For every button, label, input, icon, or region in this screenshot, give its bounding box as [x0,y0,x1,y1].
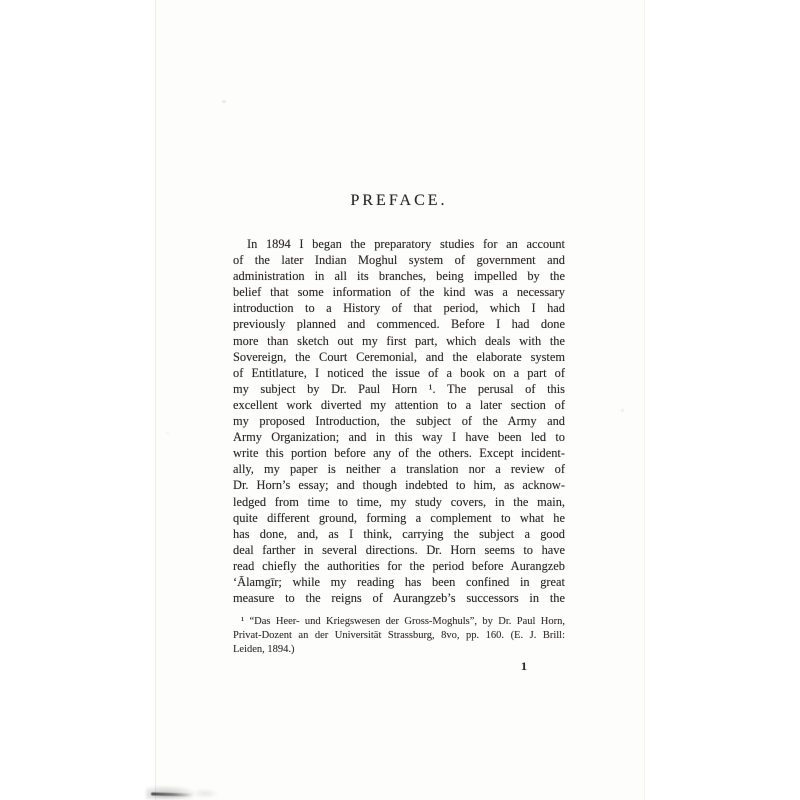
text-line: In 1894 I began the preparatory studies … [233,236,565,252]
page-number: 1 [521,659,537,674]
scan-speck-artifact [222,100,226,103]
book-page: PREFACE. In 1894 I began the preparatory… [155,0,645,800]
scan-smudge-artifact [193,789,217,798]
text-line: excellent work diverted my attention to … [233,397,565,413]
footnote-line: ¹ “Das Heer- und Kriegswesen der Gross-M… [233,615,565,629]
text-line: quite different ground, forming a comple… [233,510,565,526]
scan-speck-artifact [166,432,169,434]
text-line: Dr. Horn’s essay; and though indebted to… [233,477,565,493]
footnote: ¹ “Das Heer- und Kriegswesen der Gross-M… [233,615,565,657]
text-line: Army Organization; and in this way I hav… [233,429,565,445]
text-line: previously planned and commenced. Before… [233,316,565,332]
text-line: belief that some information of the kind… [233,284,565,300]
text-line: my proposed Introduction, the subject of… [233,413,565,429]
text-line: ‘Ālamgīr; while my reading has been conf… [233,574,565,590]
text-line: of the later Indian Moghul system of gov… [233,252,565,268]
scan-speck-artifact [621,409,624,412]
text-line: administration in all its branches, bein… [233,268,565,284]
text-line: read chiefly the authorities for the per… [233,558,565,574]
footnote-line: Leiden, 1894.) [233,643,565,657]
text-line: more than sketch out my first part, whic… [233,333,565,349]
text-line: ledged from time to time, my study cover… [233,494,565,510]
text-line: introduction to a History of that period… [233,300,565,316]
text-line: ally, my paper is neither a translation … [233,461,565,477]
text-line: Sovereign, the Court Ceremonial, and the… [233,349,565,365]
text-line: of Entitlature, I noticed the issue of a… [233,365,565,381]
text-line: deal farther in several directions. Dr. … [233,542,565,558]
text-line: write this portion before any of the oth… [233,445,565,461]
text-line: my subject by Dr. Paul Horn ¹. The perus… [233,381,565,397]
footnote-line: Privat-Dozent an der Universität Strassb… [233,629,565,643]
preface-body-text: In 1894 I began the preparatory studies … [233,236,565,606]
text-line: has done, and, as I think, carrying the … [233,526,565,542]
text-line: measure to the reigns of Aurangzeb’s suc… [233,590,565,606]
scan-background: PREFACE. In 1894 I began the preparatory… [0,0,800,800]
page-title: PREFACE. [233,192,565,210]
